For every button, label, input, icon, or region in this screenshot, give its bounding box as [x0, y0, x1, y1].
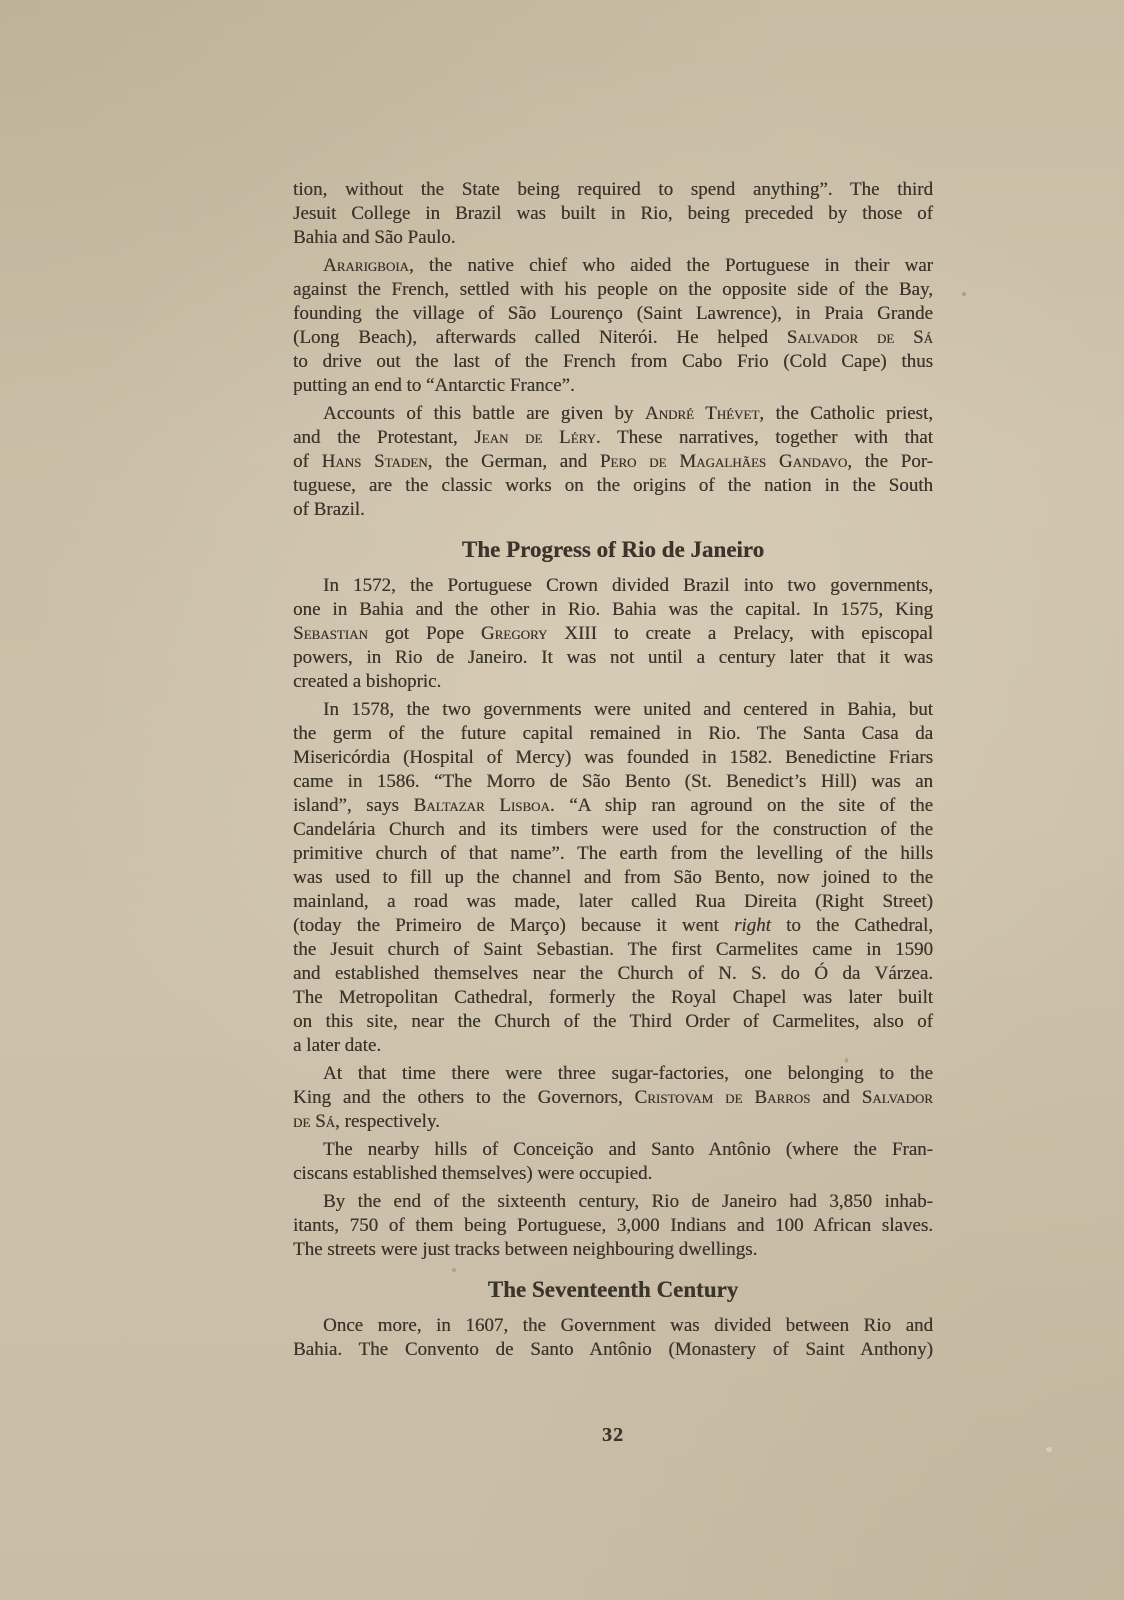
- text-line: Jesuit College in Brazil was built in Ri…: [293, 202, 933, 226]
- paragraph: Ararigboia, the native chief who aided t…: [293, 254, 933, 398]
- text-line: The nearby hills of Conceição and Santo …: [293, 1138, 933, 1162]
- text-segment: Jesuit College in Brazil was built in Ri…: [293, 203, 933, 224]
- text-line: The Metropolitan Cathedral, formerly the…: [293, 986, 933, 1010]
- paper-speck: [962, 292, 966, 296]
- text-segment: , the German, and: [428, 451, 600, 472]
- text-line: ciscans established themselves) were occ…: [293, 1162, 933, 1186]
- paper-speck: [452, 1268, 456, 1272]
- text-segment: tuguese, are the classic works on the or…: [293, 475, 933, 496]
- text-line: Sebastian got Pope Gregory XIII to creat…: [293, 622, 933, 646]
- text-segment: one in Bahia and the other in Rio. Bahia…: [293, 599, 933, 620]
- text-line: of Brazil.: [293, 498, 933, 522]
- small-caps-name: Baltazar Lisboa: [414, 795, 550, 816]
- text-line: founding the village of São Lourenço (Sa…: [293, 302, 933, 326]
- text-segment: and the Protestant,: [293, 427, 474, 448]
- text-segment: putting an end to “Antarctic France”.: [293, 375, 575, 396]
- text-segment: and: [810, 1087, 861, 1108]
- text-segment: , the Catholic priest,: [759, 403, 933, 424]
- page-content: tion, without the State being required t…: [293, 178, 933, 1366]
- small-caps-name: de Sá: [293, 1111, 335, 1132]
- text-segment: ciscans established themselves) were occ…: [293, 1163, 652, 1184]
- text-segment: to the Cathedral,: [771, 915, 933, 936]
- text-line: Bahia and São Paulo.: [293, 226, 933, 250]
- text-line: Ararigboia, the native chief who aided t…: [293, 254, 933, 278]
- small-caps-name: Ararigboia: [323, 255, 409, 276]
- small-caps-name: Hans Staden: [322, 451, 428, 472]
- text-line: was used to fill up the channel and from…: [293, 866, 933, 890]
- text-line: mainland, a road was made, later called …: [293, 890, 933, 914]
- text-segment: created a bishopric.: [293, 671, 441, 692]
- page-number: 32: [293, 1424, 933, 1447]
- text-segment: on this site, near the Church of the Thi…: [293, 1011, 933, 1032]
- text-line: of Hans Staden, the German, and Pero de …: [293, 450, 933, 474]
- paragraph: In 1578, the two governments were united…: [293, 698, 933, 1058]
- small-caps-name: Jean de Léry: [474, 427, 596, 448]
- text-line: tuguese, are the classic works on the or…: [293, 474, 933, 498]
- paper-speck: [845, 1058, 848, 1063]
- text-line: and established themselves near the Chur…: [293, 962, 933, 986]
- text-segment: the Jesuit church of Saint Sebastian. Th…: [293, 939, 933, 960]
- text-segment: came in 1586. “The Morro de São Bento (S…: [293, 771, 933, 792]
- text-line: island”, says Baltazar Lisboa. “A ship r…: [293, 794, 933, 818]
- text-segment: Accounts of this battle are given by: [323, 403, 645, 424]
- text-line: primitive church of that name”. The eart…: [293, 842, 933, 866]
- paragraph: Once more, in 1607, the Government was d…: [293, 1314, 933, 1362]
- text-line: tion, without the State being required t…: [293, 178, 933, 202]
- text-segment: Candelária Church and its timbers were u…: [293, 819, 933, 840]
- text-line: The streets were just tracks between nei…: [293, 1238, 933, 1262]
- text-segment: Misericórdia (Hospital of Mercy) was fou…: [293, 747, 933, 768]
- text-segment: was used to fill up the channel and from…: [293, 867, 933, 888]
- text-line: Candelária Church and its timbers were u…: [293, 818, 933, 842]
- text-line: itants, 750 of them being Portuguese, 3,…: [293, 1214, 933, 1238]
- text-segment: . “A ship ran aground on the site of the: [550, 795, 933, 816]
- text-segment: (Long Beach), afterwards called Niterói.…: [293, 327, 787, 348]
- small-caps-name: Pero de Magalhães Gandavo: [600, 451, 847, 472]
- text-segment: The Metropolitan Cathedral, formerly the…: [293, 987, 933, 1008]
- text-line: In 1578, the two governments were united…: [293, 698, 933, 722]
- text-line: At that time there were three sugar-fact…: [293, 1062, 933, 1086]
- text-line: In 1572, the Portuguese Crown divided Br…: [293, 574, 933, 598]
- text-segment: of: [293, 451, 322, 472]
- text-segment: By the end of the sixteenth century, Rio…: [323, 1191, 933, 1212]
- text-line: Bahia. The Convento de Santo Antônio (Mo…: [293, 1338, 933, 1362]
- text-line: the germ of the future capital remained …: [293, 722, 933, 746]
- text-segment: Once more, in 1607, the Government was d…: [323, 1315, 933, 1336]
- text-segment: The nearby hills of Conceição and Santo …: [323, 1139, 933, 1160]
- text-segment: to drive out the last of the French from…: [293, 351, 933, 372]
- text-line: Once more, in 1607, the Government was d…: [293, 1314, 933, 1338]
- paper-speck: [1046, 1447, 1052, 1452]
- text-segment: mainland, a road was made, later called …: [293, 891, 933, 912]
- small-caps-name: André Thévet: [645, 403, 759, 424]
- paragraph: The nearby hills of Conceição and Santo …: [293, 1138, 933, 1186]
- text-segment: powers, in Rio de Janeiro. It was not un…: [293, 647, 933, 668]
- text-line: Misericórdia (Hospital of Mercy) was fou…: [293, 746, 933, 770]
- text-line: came in 1586. “The Morro de São Bento (S…: [293, 770, 933, 794]
- text-line: (today the Primeiro de Março) because it…: [293, 914, 933, 938]
- text-line: de Sá, respectively.: [293, 1110, 933, 1134]
- text-segment: Bahia. The Convento de Santo Antônio (Mo…: [293, 1339, 933, 1360]
- paragraph: In 1572, the Portuguese Crown divided Br…: [293, 574, 933, 694]
- text-line: one in Bahia and the other in Rio. Bahia…: [293, 598, 933, 622]
- text-line: on this site, near the Church of the Thi…: [293, 1010, 933, 1034]
- text-segment: founding the village of São Lourenço (Sa…: [293, 303, 933, 324]
- text-line: to drive out the last of the French from…: [293, 350, 933, 374]
- text-segment: got Pope: [368, 623, 481, 644]
- text-line: the Jesuit church of Saint Sebastian. Th…: [293, 938, 933, 962]
- small-caps-name: Cristovam de Barros: [635, 1087, 811, 1108]
- text-segment: against the French, settled with his peo…: [293, 279, 933, 300]
- text-segment: itants, 750 of them being Portuguese, 3,…: [293, 1215, 933, 1236]
- section-heading: The Seventeenth Century: [293, 1276, 933, 1304]
- text-segment: Bahia and São Paulo.: [293, 227, 456, 248]
- text-line: King and the others to the Governors, Cr…: [293, 1086, 933, 1110]
- text-segment: (today the Primeiro de Março) because it…: [293, 915, 734, 936]
- text-segment: The streets were just tracks between nei…: [293, 1239, 757, 1260]
- paragraph: By the end of the sixteenth century, Rio…: [293, 1190, 933, 1262]
- text-segment: , respectively.: [335, 1111, 440, 1132]
- small-caps-name: Sebastian: [293, 623, 368, 644]
- text-segment: tion, without the State being required t…: [293, 179, 933, 200]
- text-line: and the Protestant, Jean de Léry. These …: [293, 426, 933, 450]
- text-segment: King and the others to the Governors,: [293, 1087, 635, 1108]
- italic-text: right: [734, 915, 771, 936]
- text-line: powers, in Rio de Janeiro. It was not un…: [293, 646, 933, 670]
- section-heading: The Progress of Rio de Janeiro: [293, 536, 933, 564]
- text-segment: primitive church of that name”. The eart…: [293, 843, 933, 864]
- book-page: { "colors": { "paper": "#cdc1ab", "ink":…: [0, 0, 1124, 1600]
- text-line: putting an end to “Antarctic France”.: [293, 374, 933, 398]
- text-segment: In 1578, the two governments were united…: [323, 699, 933, 720]
- text-segment: and established themselves near the Chur…: [293, 963, 933, 984]
- small-caps-name: Salvador de Sá: [787, 327, 933, 348]
- paragraph: Accounts of this battle are given by And…: [293, 402, 933, 522]
- text-segment: . These narratives, together with that: [596, 427, 933, 448]
- text-line: By the end of the sixteenth century, Rio…: [293, 1190, 933, 1214]
- text-line: (Long Beach), afterwards called Niterói.…: [293, 326, 933, 350]
- small-caps-name: Gregory: [481, 623, 547, 644]
- text-segment: a later date.: [293, 1035, 381, 1056]
- text-line: created a bishopric.: [293, 670, 933, 694]
- text-line: against the French, settled with his peo…: [293, 278, 933, 302]
- paragraph: tion, without the State being required t…: [293, 178, 933, 250]
- text-segment: XIII to create a Prelacy, with episcopal: [547, 623, 933, 644]
- text-segment: of Brazil.: [293, 499, 365, 520]
- text-segment: island”, says: [293, 795, 414, 816]
- text-segment: the germ of the future capital remained …: [293, 723, 933, 744]
- small-caps-name: Salvador: [862, 1087, 933, 1108]
- text-segment: At that time there were three sugar-fact…: [323, 1063, 933, 1084]
- text-segment: , the Por-: [847, 451, 933, 472]
- text-line: Accounts of this battle are given by And…: [293, 402, 933, 426]
- text-segment: In 1572, the Portuguese Crown divided Br…: [323, 575, 933, 596]
- text-line: a later date.: [293, 1034, 933, 1058]
- paragraph: At that time there were three sugar-fact…: [293, 1062, 933, 1134]
- text-segment: , the native chief who aided the Portugu…: [409, 255, 933, 276]
